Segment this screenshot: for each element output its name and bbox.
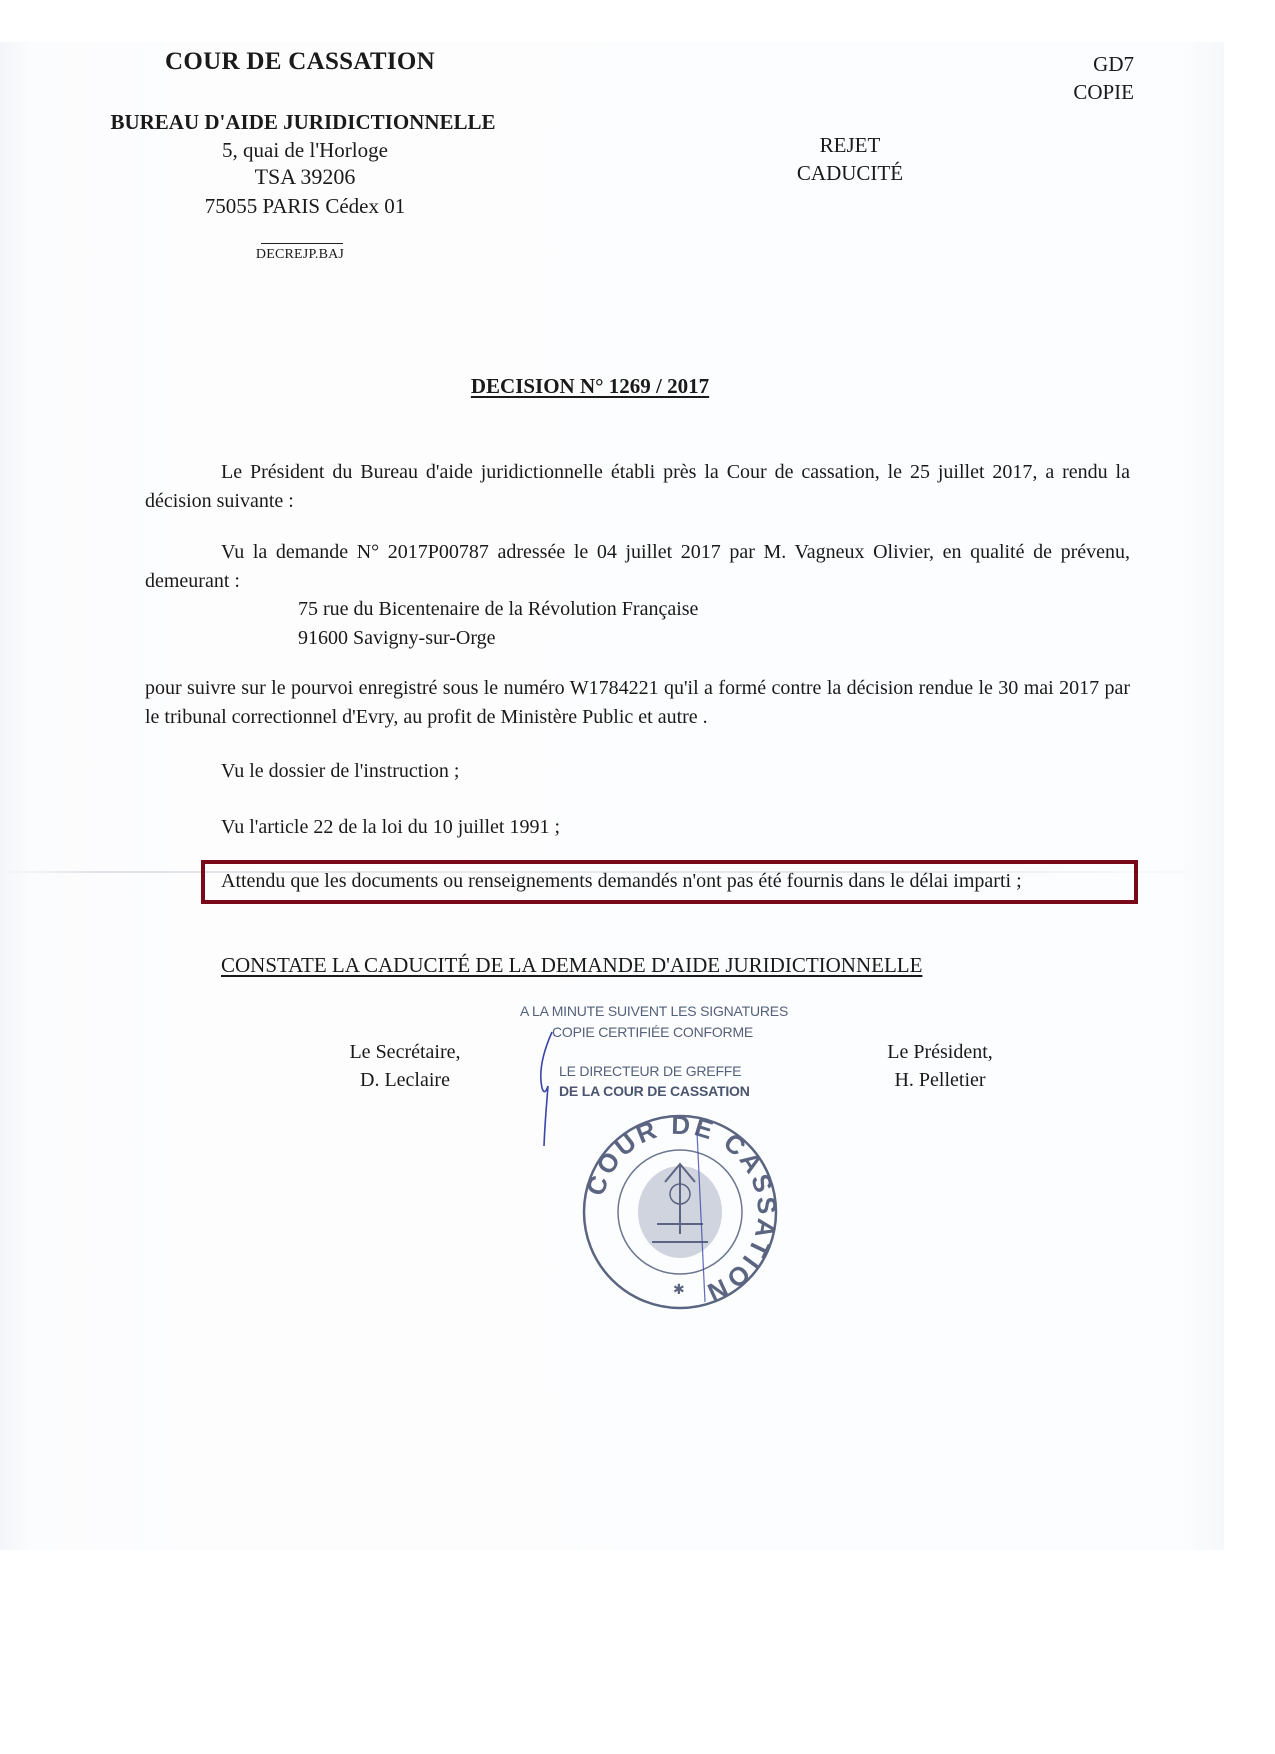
decision-type-block: REJET CADUCITÉ bbox=[760, 131, 940, 187]
decision-title: DECISION N° 1269 / 2017 bbox=[350, 374, 830, 399]
document-reference: DECREJP.BAJ bbox=[220, 247, 380, 263]
decision-type-reject: REJET bbox=[760, 131, 940, 159]
president-name: H. Pelletier bbox=[860, 1066, 1020, 1094]
secretary-title: Le Secrétaire, bbox=[320, 1038, 490, 1066]
bureau-address-line-2: TSA 39206 bbox=[150, 164, 460, 190]
consideration-dossier: Vu le dossier de l'instruction ; bbox=[221, 760, 459, 783]
intro-paragraph: Le Président du Bureau d'aide juridictio… bbox=[145, 458, 1130, 516]
applicant-address-city: 91600 Savigny-sur-Orge bbox=[298, 624, 496, 653]
stamp-line-court: DE LA COUR DE CASSATION bbox=[559, 1083, 750, 1099]
secretary-signature-block: Le Secrétaire, D. Leclaire bbox=[320, 1038, 490, 1094]
scanned-page bbox=[0, 42, 1224, 1550]
decision-type-lapse: CADUCITÉ bbox=[760, 159, 940, 187]
consideration-article: Vu l'article 22 de la loi du 10 juillet … bbox=[221, 816, 560, 839]
president-signature-block: Le Président, H. Pelletier bbox=[860, 1038, 1020, 1094]
stamp-line-director: LE DIRECTEUR DE GREFFE bbox=[559, 1063, 741, 1079]
applicant-address-street: 75 rue du Bicentenaire de la Révolution … bbox=[298, 595, 698, 624]
court-name: COUR DE CASSATION bbox=[110, 48, 490, 76]
svg-text:✱: ✱ bbox=[673, 1282, 685, 1298]
court-seal-icon: COUR DE CASSATION ✱ bbox=[577, 1112, 783, 1312]
header-divider bbox=[261, 243, 343, 244]
highlighted-ground: Attendu que les documents ou renseigneme… bbox=[221, 870, 1022, 893]
bureau-address-line-1: 5, quai de l'Horloge bbox=[150, 138, 460, 163]
appeal-paragraph: pour suivre sur le pourvoi enregistré so… bbox=[145, 674, 1130, 732]
bureau-name: BUREAU D'AIDE JURIDICTIONNELLE bbox=[88, 110, 518, 135]
form-code: GD7 bbox=[1030, 50, 1134, 78]
ruling-statement: CONSTATE LA CADUCITÉ DE LA DEMANDE D'AID… bbox=[221, 953, 922, 978]
president-title: Le Président, bbox=[860, 1038, 1020, 1066]
form-code-block: GD7 COPIE bbox=[1030, 50, 1134, 106]
request-paragraph: Vu la demande N° 2017P00787 adressée le … bbox=[145, 538, 1130, 596]
bureau-address-line-3: 75055 PARIS Cédex 01 bbox=[150, 194, 460, 219]
stamp-line-certified: COPIE CERTIFIÉE CONFORME bbox=[552, 1024, 753, 1040]
stamp-line-signatures: A LA MINUTE SUIVENT LES SIGNATURES bbox=[520, 1003, 788, 1019]
copy-label: COPIE bbox=[1030, 78, 1134, 106]
secretary-name: D. Leclaire bbox=[320, 1066, 490, 1094]
handwritten-signature-icon bbox=[536, 1030, 576, 1150]
